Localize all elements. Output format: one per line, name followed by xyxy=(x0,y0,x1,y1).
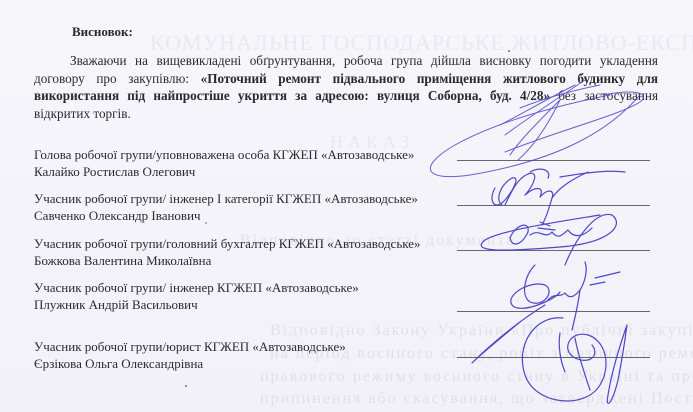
member-role: Учасник робочої групи/юрист КГЖЕП «Автоз… xyxy=(34,338,346,355)
member-block: Учасник робочої групи/юрист КГЖЕП «Автоз… xyxy=(34,338,346,372)
member-name: Божкова Валентина Миколаївна xyxy=(34,252,421,269)
member-block: Голова робочої групи/уповноважена особа … xyxy=(34,146,414,180)
signature-line xyxy=(457,160,650,161)
member-name: Калайко Ростислав Олегович xyxy=(34,163,414,180)
member-name: Савченко Олександр Іванович xyxy=(34,207,418,224)
signature-line xyxy=(457,250,650,251)
signature-3-icon xyxy=(481,214,616,265)
member-block: Учасник робочої групи/ інженер І категор… xyxy=(34,190,418,224)
signature-4-icon xyxy=(472,262,620,363)
scanned-page: КОМУНАЛЬНЕ ГОСПОДАРСЬКЕ ЖИТЛОВО-ЕКСПЛУАТ… xyxy=(0,0,693,412)
member-role: Голова робочої групи/уповноважена особа … xyxy=(34,146,414,163)
conclusion-heading: Висновок: xyxy=(72,24,133,40)
signature-2-icon xyxy=(492,169,625,225)
bleed-through-text: припинення або скасування, що затверджен… xyxy=(260,390,693,408)
member-block: Учасник робочої групи/ інженер КГЖЕП «Ав… xyxy=(34,279,359,313)
member-block: Учасник робочої групи/головний бухгалтер… xyxy=(34,235,421,269)
member-role: Учасник робочої групи/ інженер І категор… xyxy=(34,190,418,207)
signature-line xyxy=(457,357,650,358)
conclusion-paragraph: Зважаючи на вищевикладені обґрунтування,… xyxy=(34,52,658,122)
member-name: Плужник Андрій Васильович xyxy=(34,296,359,313)
signature-line xyxy=(457,311,650,312)
signature-5-icon xyxy=(522,318,627,404)
member-name: Єрзікова Ольга Олександрівна xyxy=(34,355,346,372)
scan-speck xyxy=(185,385,187,387)
signature-line xyxy=(457,205,650,206)
member-role: Учасник робочої групи/ інженер КГЖЕП «Ав… xyxy=(34,279,359,296)
scan-speck xyxy=(508,50,510,52)
scan-speck xyxy=(205,222,207,224)
member-role: Учасник робочої групи/головний бухгалтер… xyxy=(34,235,421,252)
